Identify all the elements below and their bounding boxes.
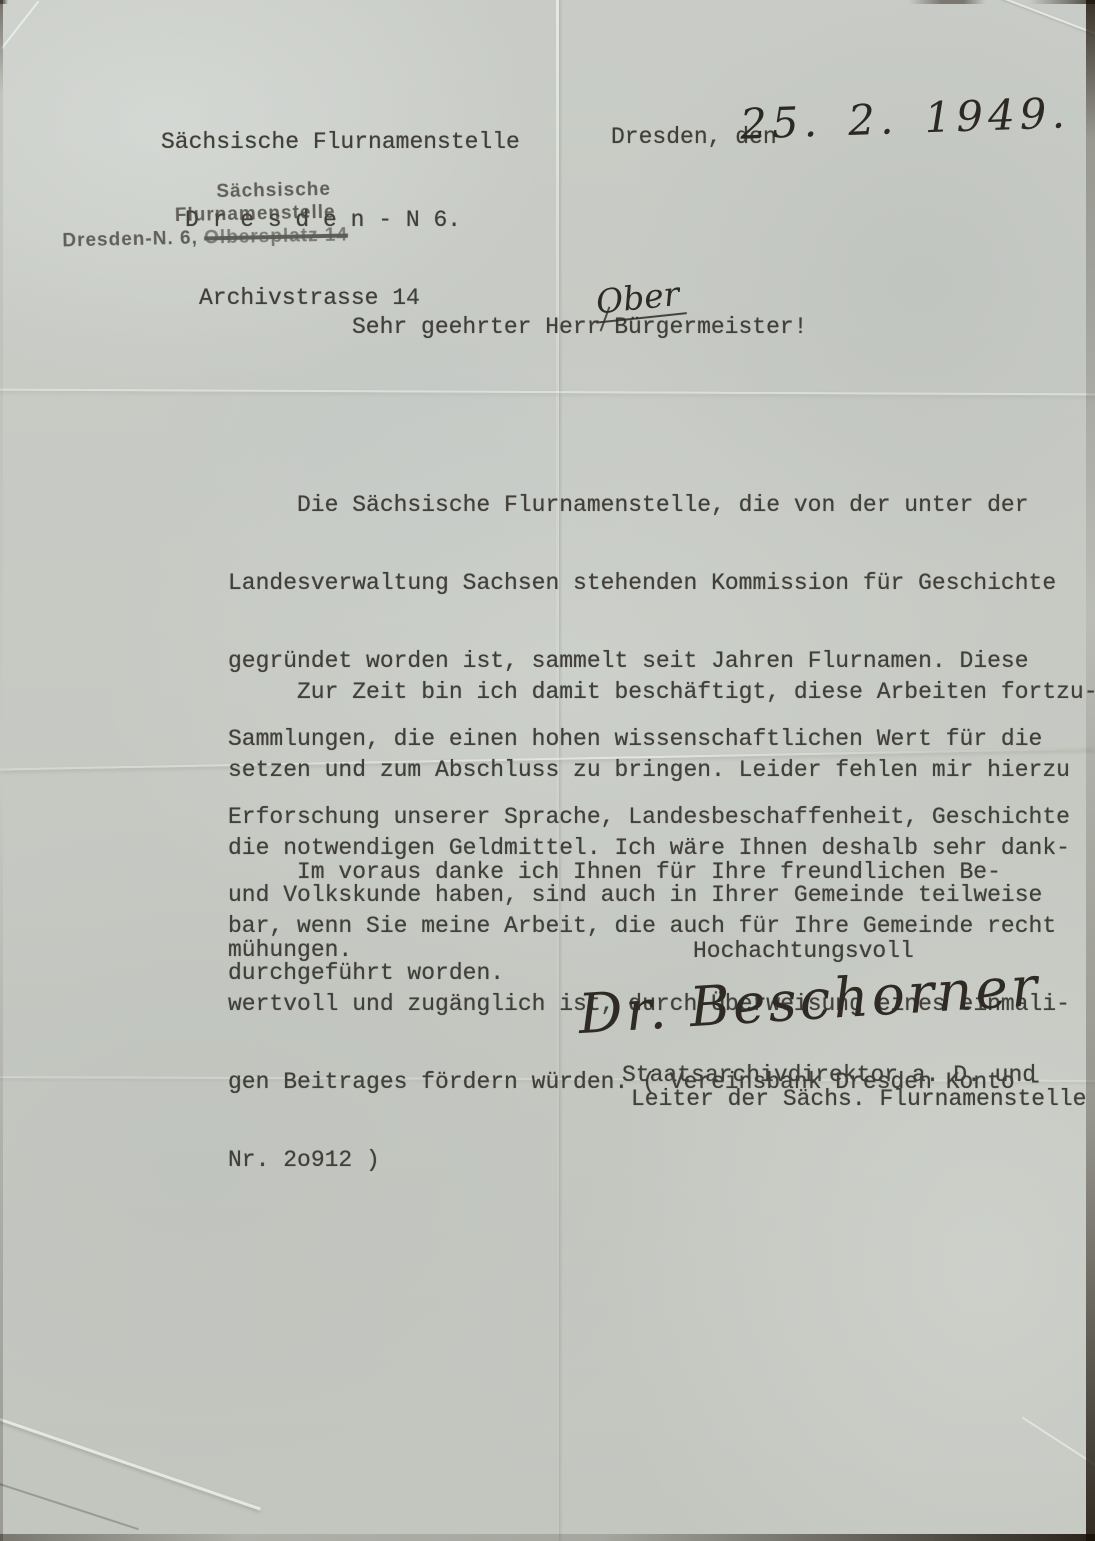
body-line: Die Sächsische Flurnamenstelle, die von …: [228, 492, 1070, 518]
body-line: Im voraus danke ich Ihnen für Ihre freun…: [228, 859, 1001, 885]
corner-crease-bottom-right: [1022, 1417, 1095, 1489]
scan-edge-top: [0, 0, 1095, 4]
scan-edge-bottom: [0, 1534, 1095, 1541]
scan-edge-left: [0, 0, 3, 1541]
closing-formula: Hochachtungsvoll: [693, 938, 914, 964]
handwritten-date: 25. 2. 1949.: [739, 88, 1070, 148]
stamp-line-2: Flurnamenstelle: [175, 202, 336, 227]
stamp-address-struck: Olbersplatz 14: [204, 224, 348, 248]
corner-fold-line-bottom-left: [0, 1482, 139, 1530]
salutation-line: Sehr geehrter Herr Bürgermeister!: [352, 314, 807, 340]
corner-crease-top-left: [1, 1, 40, 50]
stamp-line-1: Sächsische: [216, 179, 331, 203]
salutation-pre: Sehr geehrter Herr: [352, 314, 614, 340]
corner-fold-bottom-left: [0, 1417, 261, 1511]
fold-crease-horizontal-top: [0, 389, 1095, 396]
rubber-stamp: Sächsische Flurnamenstelle Dresden-N. 6,…: [61, 178, 393, 265]
sender-street: Archivstrasse 14: [161, 285, 520, 311]
signer-role-line-1: Staatsarchivdirektor a. D. und: [622, 1062, 1036, 1088]
body-line: Nr. 2o912 ): [228, 1147, 1095, 1173]
corner-crease-top-right: [958, 0, 1095, 54]
signer-role-line-2: Leiter der Sächs. Flurnamenstelle: [631, 1086, 1086, 1112]
body-line: Landesverwaltung Sachsen stehenden Kommi…: [228, 570, 1070, 596]
stamp-line-3: Dresden-N. 6, Olbersplatz 14: [62, 224, 348, 252]
sender-name: Sächsische Flurnamenstelle: [161, 129, 520, 155]
body-line: Zur Zeit bin ich damit beschäftigt, dies…: [228, 679, 1095, 705]
scanned-letter-page: Sächsische Flurnamenstelle D r e s d e n…: [0, 0, 1095, 1541]
stamp-address-prefix: Dresden-N. 6,: [62, 227, 204, 251]
body-line: setzen und zum Abschluss zu bringen. Lei…: [228, 757, 1095, 783]
